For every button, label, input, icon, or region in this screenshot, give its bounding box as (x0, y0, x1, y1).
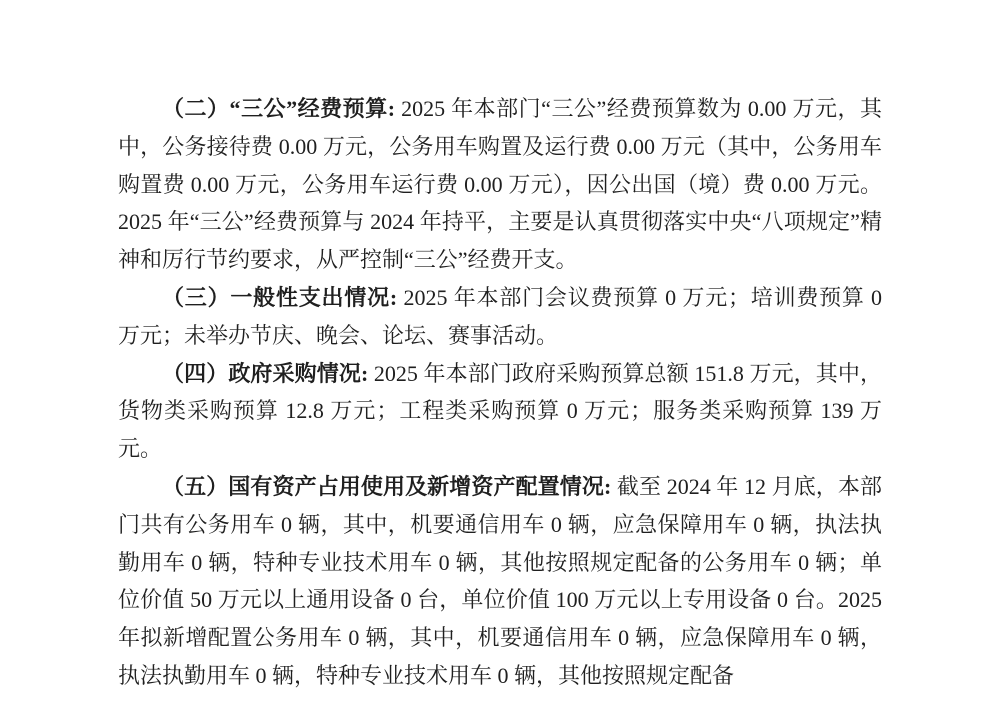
document-content: （二）“三公”经费预算: 2025 年本部门“三公”经费预算数为 0.00 万元… (118, 90, 882, 695)
document-page: （二）“三公”经费预算: 2025 年本部门“三公”经费预算数为 0.00 万元… (0, 0, 1000, 706)
paragraph-sangong-budget: （二）“三公”经费预算: 2025 年本部门“三公”经费预算数为 0.00 万元… (118, 90, 882, 279)
paragraph-sangong-budget-body: 2025 年本部门“三公”经费预算数为 0.00 万元，其中，公务接待费 0.0… (118, 96, 882, 272)
paragraph-state-assets: （五）国有资产占用使用及新增资产配置情况: 截至 2024 年 12 月底，本部… (118, 468, 882, 695)
paragraph-government-procurement: （四）政府采购情况: 2025 年本部门政府采购预算总额 151.8 万元，其中… (118, 355, 882, 468)
paragraph-government-procurement-lead: （四）政府采购情况: (162, 361, 368, 386)
paragraph-state-assets-lead: （五）国有资产占用使用及新增资产配置情况: (162, 474, 611, 499)
paragraph-sangong-budget-lead: （二）“三公”经费预算: (162, 96, 395, 121)
paragraph-general-expenditure-lead: （三）一般性支出情况: (162, 285, 397, 310)
paragraph-general-expenditure: （三）一般性支出情况: 2025 年本部门会议费预算 0 万元；培训费预算 0 … (118, 279, 882, 355)
paragraph-state-assets-body: 截至 2024 年 12 月底，本部门共有公务用车 0 辆，其中，机要通信用车 … (118, 474, 882, 688)
